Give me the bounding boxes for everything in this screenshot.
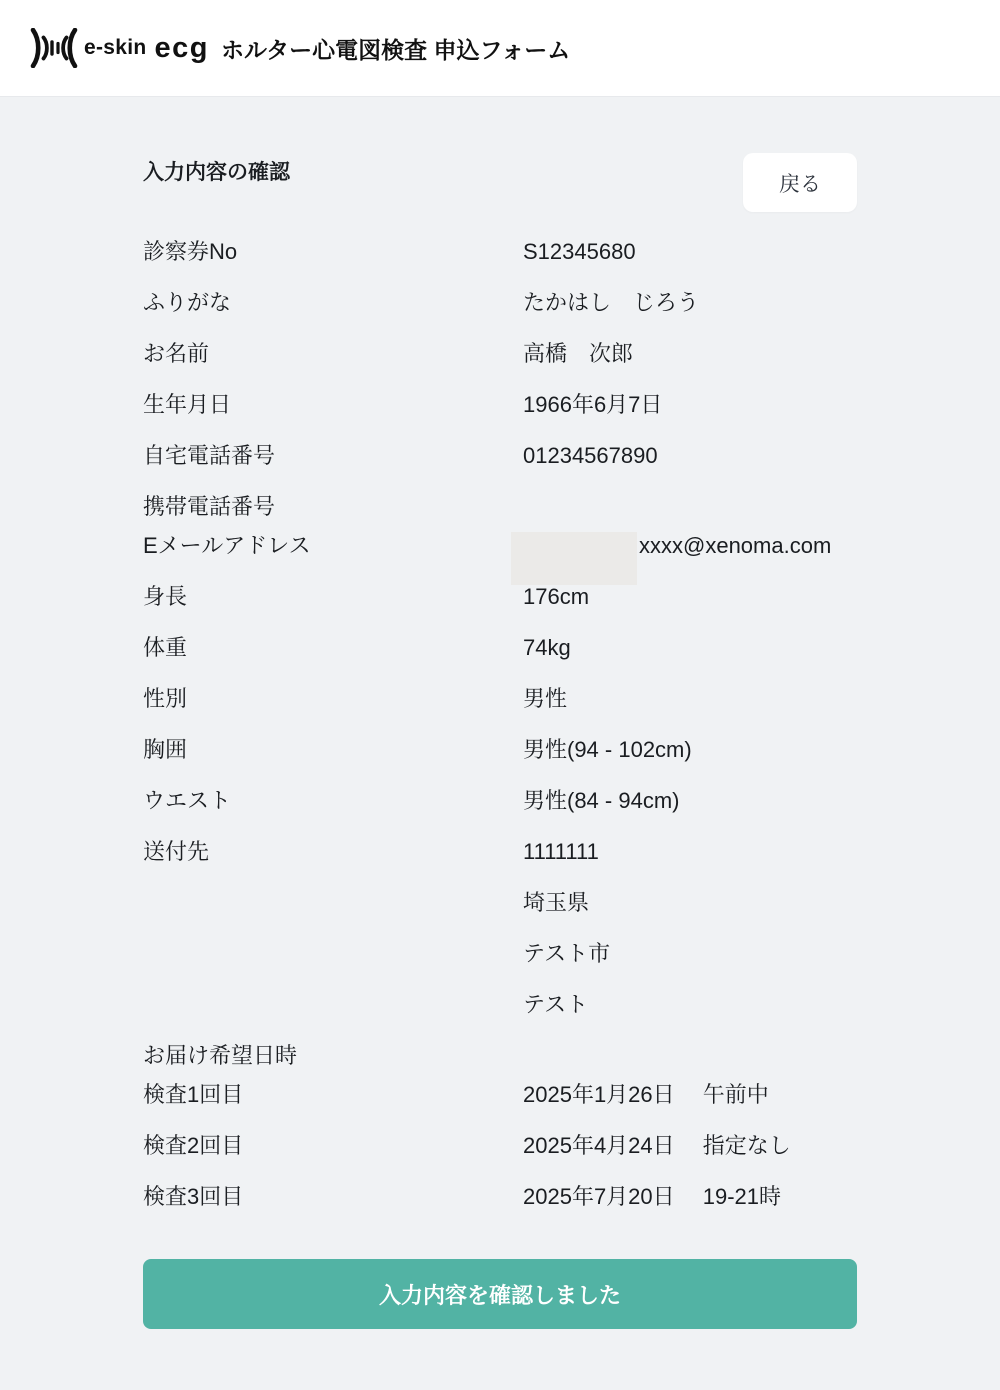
field-label: 体重 xyxy=(143,634,523,662)
confirmation-fields: 診察券NoS12345680ふりがなたかはし じろうお名前高橋 次郎生年月日19… xyxy=(143,238,857,1211)
title-row: 入力内容の確認 戻る xyxy=(143,153,857,212)
confirm-button[interactable]: 入力内容を確認しました xyxy=(143,1259,857,1329)
field-value: 176cm xyxy=(523,583,589,611)
field-label: 診察券No xyxy=(143,238,523,266)
field-value: 1111111埼玉県テスト市テスト xyxy=(523,838,610,1019)
field-value: 1966年6月7日 xyxy=(523,391,662,419)
field-row: ふりがなたかはし じろう xyxy=(143,289,857,317)
field-value-line: 1111111 xyxy=(523,838,610,866)
field-label: 検査2回目 xyxy=(143,1132,523,1160)
field-row: 検査1回目2025年1月26日 午前中 xyxy=(143,1081,857,1109)
field-row: 体重74kg xyxy=(143,634,857,662)
field-row: Eメールアドレスxxxx@xenoma.com xyxy=(143,532,857,560)
field-row: 生年月日1966年6月7日 xyxy=(143,391,857,419)
field-value: 2025年1月26日 午前中 xyxy=(523,1081,769,1109)
form-title: ホルター心電図検査 申込フォーム xyxy=(221,32,570,65)
page-title: 入力内容の確認 xyxy=(143,153,290,186)
field-label: 性別 xyxy=(143,685,523,713)
field-value: 高橋 次郎 xyxy=(523,340,633,368)
field-value: 男性(94 - 102cm) xyxy=(523,736,692,764)
field-row: 身長176cm xyxy=(143,583,857,611)
field-value: 男性(84 - 94cm) xyxy=(523,787,679,815)
field-label: 生年月日 xyxy=(143,391,523,419)
field-row: 送付先1111111埼玉県テスト市テスト xyxy=(143,838,857,1019)
confirmation-page: 入力内容の確認 戻る 診察券NoS12345680ふりがなたかはし じろうお名前… xyxy=(143,97,857,1329)
field-row: 検査3回目2025年7月20日 19-21時 xyxy=(143,1183,857,1211)
field-value-line: テスト xyxy=(523,991,610,1019)
field-label: お届け希望日時 xyxy=(143,1042,523,1070)
field-value: S12345680 xyxy=(523,238,636,266)
brand: e-skin ecg ホルター心電図検査 申込フォーム xyxy=(28,28,570,68)
field-row: 胸囲男性(94 - 102cm) xyxy=(143,736,857,764)
email-text: xxxx@xenoma.com xyxy=(639,533,831,558)
field-value: 2025年4月24日 指定なし xyxy=(523,1132,791,1160)
redaction-overlay xyxy=(511,532,637,585)
field-row: 診察券NoS12345680 xyxy=(143,238,857,266)
field-value: 男性 xyxy=(523,685,567,713)
back-button[interactable]: 戻る xyxy=(743,153,857,212)
field-value: 2025年7月20日 19-21時 xyxy=(523,1183,781,1211)
field-row: お届け希望日時 xyxy=(143,1042,857,1070)
field-row: 検査2回目2025年4月24日 指定なし xyxy=(143,1132,857,1160)
field-row: お名前高橋 次郎 xyxy=(143,340,857,368)
field-label: 検査1回目 xyxy=(143,1081,523,1109)
field-value-line: 埼玉県 xyxy=(523,889,610,917)
field-label: 送付先 xyxy=(143,838,523,1019)
field-value: 74kg xyxy=(523,634,571,662)
field-label: 検査3回目 xyxy=(143,1183,523,1211)
field-row: 携帯電話番号 xyxy=(143,493,857,521)
field-label: ふりがな xyxy=(143,289,523,317)
field-label: Eメールアドレス xyxy=(143,532,523,560)
field-value: 01234567890 xyxy=(523,442,658,470)
field-label: 携帯電話番号 xyxy=(143,493,523,521)
field-value: xxxx@xenoma.com xyxy=(523,532,831,560)
field-label: 身長 xyxy=(143,583,523,611)
app-header: e-skin ecg ホルター心電図検査 申込フォーム xyxy=(0,0,1000,97)
field-row: 性別男性 xyxy=(143,685,857,713)
field-row: 自宅電話番号01234567890 xyxy=(143,442,857,470)
brand-product: ecg xyxy=(155,32,209,65)
field-row: ウエスト男性(84 - 94cm) xyxy=(143,787,857,815)
field-label: ウエスト xyxy=(143,787,523,815)
field-label: お名前 xyxy=(143,340,523,368)
field-value-line: テスト市 xyxy=(523,940,610,968)
field-label: 自宅電話番号 xyxy=(143,442,523,470)
field-label: 胸囲 xyxy=(143,736,523,764)
brand-name: e-skin xyxy=(84,36,147,60)
field-value: たかはし じろう xyxy=(523,289,699,317)
eskin-wave-logo-icon xyxy=(28,28,80,68)
